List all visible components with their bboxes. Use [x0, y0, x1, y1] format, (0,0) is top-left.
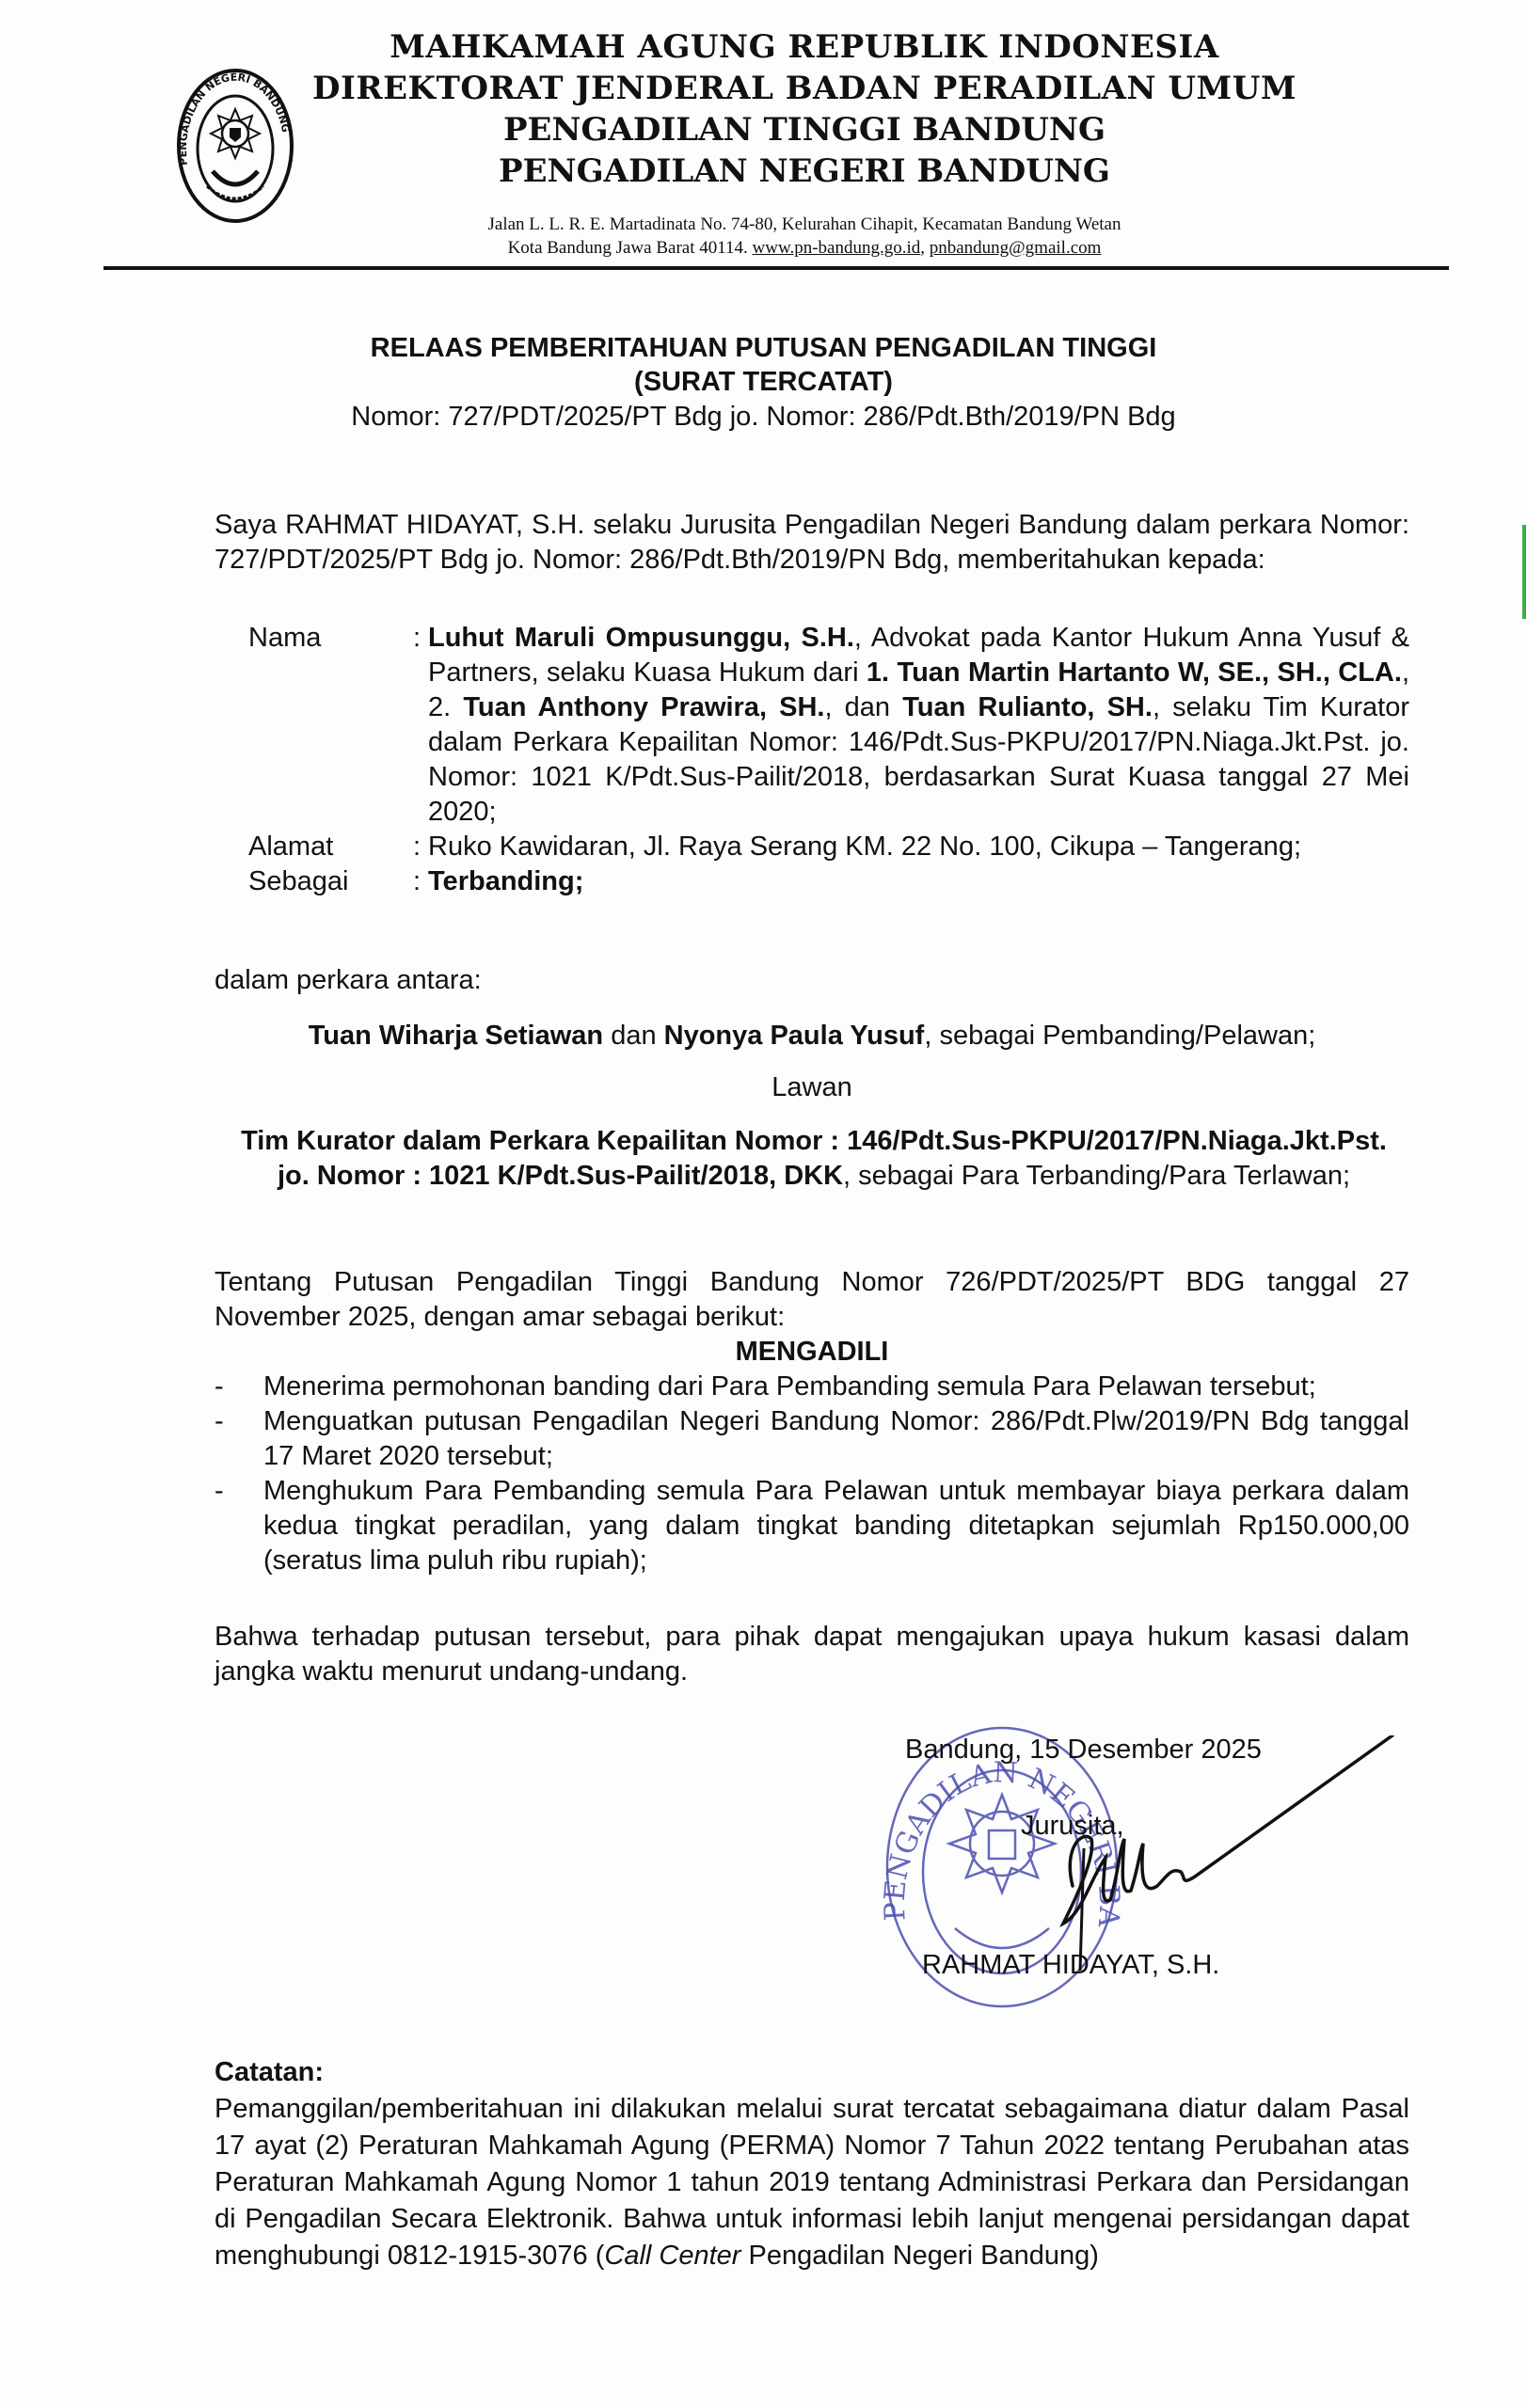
- note-text: Pemanggilan/pemberitahuan ini dilakukan …: [215, 2091, 1409, 2274]
- colon: :: [413, 621, 428, 830]
- letterhead-line-2: DIREKTORAT JENDERAL BADAN PERADILAN UMUM: [310, 68, 1298, 109]
- scan-edge-mark: [1522, 525, 1526, 619]
- recipient-role-value: Terbanding;: [428, 864, 1409, 899]
- intro-paragraph: Saya RAHMAT HIDAYAT, S.H. selaku Jurusit…: [215, 508, 1409, 578]
- signatory-name: RAHMAT HIDAYAT, S.H.: [922, 1950, 1219, 1981]
- title-line-2: (SURAT TERCATAT): [235, 365, 1292, 399]
- decision-item: -Menghukum Para Pembanding semula Para P…: [215, 1474, 1409, 1578]
- case-number: Nomor: 727/PDT/2025/PT Bdg jo. Nomor: 28…: [235, 399, 1292, 435]
- nama-label: Nama: [215, 621, 413, 830]
- decision-intro: Tentang Putusan Pengadilan Tinggi Bandun…: [215, 1265, 1409, 1335]
- decision-heading: MENGADILI: [215, 1335, 1409, 1370]
- recipient-name-value: Luhut Maruli Ompusunggu, S.H., Advokat p…: [428, 621, 1409, 830]
- document-title: RELAAS PEMBERITAHUAN PUTUSAN PENGADILAN …: [235, 331, 1292, 435]
- decision-list: -Menerima permohonan banding dari Para P…: [215, 1370, 1409, 1578]
- recipient-address-row: Alamat : Ruko Kawidaran, Jl. Raya Serang…: [215, 830, 1409, 864]
- decision-item: -Menguatkan putusan Pengadilan Negeri Ba…: [215, 1404, 1409, 1474]
- email-link[interactable]: pnbandung@gmail.com: [930, 238, 1102, 258]
- recipient-name-row: Nama : Luhut Maruli Ompusunggu, S.H., Ad…: [215, 621, 1409, 830]
- svg-text:PENGADILAN NEGERI BANDUNG: PENGADILAN NEGERI BANDUNG: [177, 71, 292, 166]
- appellant: Tuan Wiharja Setiawan dan Nyonya Paula Y…: [215, 1019, 1409, 1053]
- letterhead-line-3: PENGADILAN TINGGI BANDUNG: [310, 109, 1298, 150]
- colon: :: [413, 864, 428, 899]
- separator: ,: [920, 238, 930, 258]
- parties-intro: dalam perkara antara:: [215, 963, 1409, 998]
- colon: :: [413, 830, 428, 864]
- letterhead: MAHKAMAH AGUNG REPUBLIK INDONESIA DIREKT…: [310, 26, 1298, 260]
- letterhead-city: Kota Bandung Jawa Barat 40114.: [508, 238, 753, 258]
- title-line-1: RELAAS PEMBERITAHUAN PUTUSAN PENGADILAN …: [235, 331, 1292, 365]
- decision-item: -Menerima permohonan banding dari Para P…: [215, 1370, 1409, 1404]
- letterhead-divider: [103, 266, 1449, 270]
- letterhead-line-4: PENGADILAN NEGERI BANDUNG: [310, 150, 1298, 192]
- website-link[interactable]: www.pn-bandung.go.id: [753, 238, 921, 258]
- document-page: PENGADILAN NEGERI BANDUNG MAHKAMAH AGUNG…: [0, 0, 1527, 2408]
- sebagai-label: Sebagai: [215, 864, 413, 899]
- alamat-label: Alamat: [215, 830, 413, 864]
- recipient-role-row: Sebagai : Terbanding;: [215, 864, 1409, 899]
- letterhead-address: Jalan L. L. R. E. Martadinata No. 74-80,…: [310, 213, 1298, 236]
- versus-label: Lawan: [215, 1070, 1409, 1105]
- court-logo-icon: PENGADILAN NEGERI BANDUNG: [175, 66, 295, 226]
- closing-paragraph: Bahwa terhadap putusan tersebut, para pi…: [215, 1620, 1409, 1689]
- letterhead-contact: Kota Bandung Jawa Barat 40114. www.pn-ba…: [310, 236, 1298, 260]
- note-heading: Catatan:: [215, 2055, 1409, 2090]
- letterhead-line-1: MAHKAMAH AGUNG REPUBLIK INDONESIA: [310, 26, 1298, 68]
- handwritten-signature-icon: [1016, 1735, 1411, 1980]
- respondent: Tim Kurator dalam Perkara Kepailitan Nom…: [235, 1124, 1392, 1194]
- recipient-address-value: Ruko Kawidaran, Jl. Raya Serang KM. 22 N…: [428, 830, 1409, 864]
- recipient-block: Nama : Luhut Maruli Ompusunggu, S.H., Ad…: [215, 621, 1409, 899]
